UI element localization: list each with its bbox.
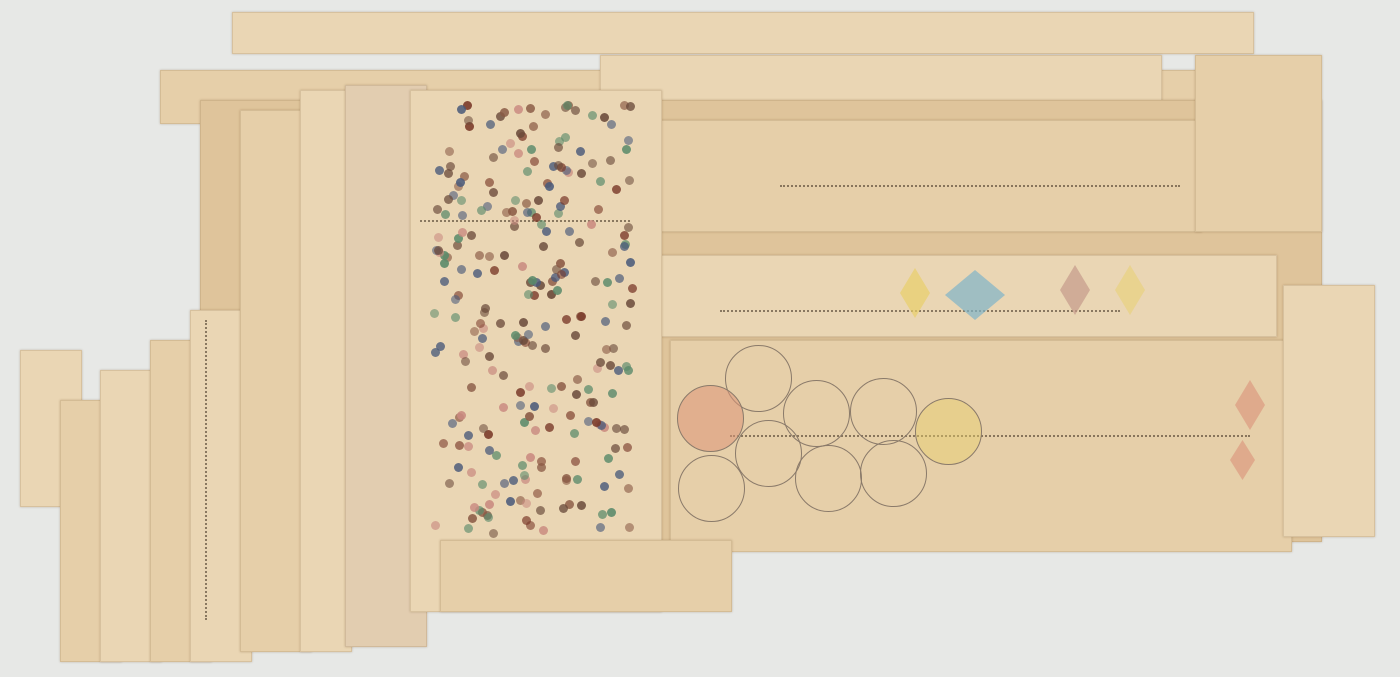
bead-dot (626, 258, 635, 267)
bead-dot (530, 402, 539, 411)
bead-dot (524, 290, 533, 299)
bead-dot (628, 284, 637, 293)
bead-dot (626, 299, 635, 308)
circle-drawing (850, 378, 917, 445)
bead-dot (478, 334, 487, 343)
bead-dot (502, 208, 511, 217)
bead-dot (620, 231, 629, 240)
bead-dot (522, 199, 531, 208)
bead-dot (615, 274, 624, 283)
bead-dot (571, 457, 580, 466)
bead-dot (527, 145, 536, 154)
bead-dot (511, 196, 520, 205)
bead-dot (624, 484, 633, 493)
bead-dot (431, 521, 440, 530)
dotted-line (205, 320, 207, 620)
bead-dot (589, 398, 598, 407)
bead-dot (485, 352, 494, 361)
bead-dot (577, 501, 586, 510)
bead-dot (464, 524, 473, 533)
bead-dot (606, 156, 615, 165)
bead-dot (607, 508, 616, 517)
circle-drawing (678, 455, 745, 522)
dotted-line (780, 185, 1180, 187)
dotted-line (720, 310, 1120, 312)
circle-drawing (860, 440, 927, 507)
bead-dot (624, 366, 633, 375)
bead-dot (500, 108, 509, 117)
bead-dot (554, 143, 563, 152)
bead-dot (539, 526, 548, 535)
bead-dot (553, 286, 562, 295)
bead-dot (458, 228, 467, 237)
bead-dot (485, 446, 494, 455)
bead-dot (570, 429, 579, 438)
bead-dot (499, 403, 508, 412)
bead-dot (575, 238, 584, 247)
bead-dot (496, 319, 505, 328)
dotted-line (420, 220, 630, 222)
bead-dot (485, 252, 494, 261)
bead-dot (526, 453, 535, 462)
bead-dot (500, 251, 509, 260)
bead-dot (584, 385, 593, 394)
bead-dot (475, 251, 484, 260)
bead-dot (464, 116, 473, 125)
bead-dot (557, 382, 566, 391)
bead-dot (559, 504, 568, 513)
bead-dot (592, 418, 601, 427)
bead-dot (516, 129, 525, 138)
bead-dot (591, 277, 600, 286)
bead-dot (612, 424, 621, 433)
bead-dot (457, 265, 466, 274)
bead-dot (526, 521, 535, 530)
bead-dot (612, 185, 621, 194)
bead-dot (596, 523, 605, 532)
bead-dot (608, 300, 617, 309)
bead-dot (562, 476, 571, 485)
bead-dot (480, 308, 489, 317)
bead-dot (528, 276, 537, 285)
bead-dot (440, 277, 449, 286)
bead-dot (577, 169, 586, 178)
bead-dot (596, 177, 605, 186)
bead-dot (470, 327, 479, 336)
circle-drawing (795, 445, 862, 512)
circle-drawing (677, 385, 744, 452)
bead-dot (486, 120, 495, 129)
bead-dot (573, 475, 582, 484)
bead-dot (536, 506, 545, 515)
bead-dot (458, 211, 467, 220)
bead-dot (577, 312, 586, 321)
bead-dot (525, 412, 534, 421)
bead-dot (560, 196, 569, 205)
bead-dot (467, 231, 476, 240)
bead-dot (489, 153, 498, 162)
bead-dot (523, 208, 532, 217)
paper-strip (232, 12, 1254, 54)
bead-dot (500, 479, 509, 488)
bead-dot (440, 259, 449, 268)
bead-dot (514, 105, 523, 114)
bead-dot (608, 248, 617, 257)
paper-strip (1195, 55, 1322, 232)
paper-strip (1283, 285, 1375, 537)
bead-dot (565, 227, 574, 236)
bead-dot (588, 111, 597, 120)
bead-dot (541, 322, 550, 331)
bead-dot (572, 390, 581, 399)
bead-dot (451, 295, 460, 304)
paper-strip (660, 120, 1202, 232)
bead-dot (498, 145, 507, 154)
bead-dot (478, 480, 487, 489)
bead-dot (439, 439, 448, 448)
bead-dot (626, 102, 635, 111)
bead-dot (620, 242, 629, 251)
circle-drawing (915, 398, 982, 465)
bead-dot (518, 461, 527, 470)
bead-dot (588, 159, 597, 168)
paper-strip (440, 540, 732, 612)
bead-dot (468, 514, 477, 523)
bead-dot (566, 411, 575, 420)
bead-dot (511, 331, 520, 340)
bead-dot (519, 318, 528, 327)
bead-dot (467, 383, 476, 392)
bead-dot (533, 489, 542, 498)
bead-dot (562, 315, 571, 324)
bead-dot (506, 139, 515, 148)
bead-dot (571, 331, 580, 340)
bead-dot (485, 178, 494, 187)
bead-dot (522, 499, 531, 508)
bead-dot (594, 205, 603, 214)
bead-dot (576, 147, 585, 156)
bead-dot (506, 497, 515, 506)
bead-dot (477, 206, 486, 215)
circle-drawing (735, 420, 802, 487)
bead-dot (523, 167, 532, 176)
bead-dot (434, 233, 443, 242)
